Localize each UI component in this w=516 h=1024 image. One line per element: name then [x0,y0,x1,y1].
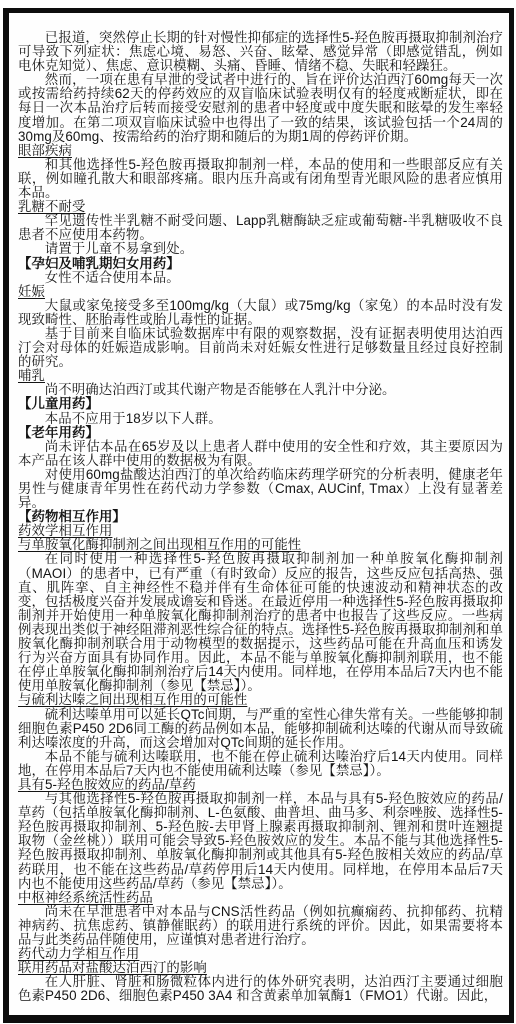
paragraph: 本品不应用于18岁以下人群。 [18,412,503,426]
paragraph: 本品不能与硫利达嗪联用，也不能在停止硫利达嗪治疗后14天内使用。同样地，在停用本… [18,750,503,778]
paragraph: 女性不适合使用本品。 [18,271,503,285]
paragraph: 基于目前来自临床试验数据库中有限的观察数据，没有证据表明使用达泊西汀会对母体的妊… [18,327,503,369]
sub-heading-text: 中枢神经系统活性药品 [18,890,153,905]
sub-heading: 妊娠 [18,285,503,299]
sub-heading-text: 联用药品对盐酸达泊西汀的影响 [18,960,207,975]
paragraph: 在同时使用一种选择性5-羟色胺再摄取抑制剂加一种单胺氧化酶抑制剂（MAOI）的患… [18,552,503,693]
section-heading: 【老年用药】 [18,426,503,440]
paragraph: 请置于儿童不易拿到处。 [18,242,503,256]
sub-heading-text: 哺乳 [18,368,45,383]
paragraph: 罕见遗传性半乳糖不耐受问题、Lapp乳糖酶缺乏症或葡萄糖-半乳糖吸收不良患者不应… [18,214,503,242]
sub-heading-text: 妊娠 [18,284,45,299]
sub-heading: 与硫利达嗪之间出现相互作用的可能性 [18,693,503,707]
section-heading: 【儿童用药】 [18,397,503,411]
paragraph: 与其他选择性5-羟色胺再摄取抑制剂一样，本品与具有5-羟色胺效应的药品/草药（包… [18,792,503,891]
section-heading: 【孕妇及哺乳期妇女用药】 [18,257,503,271]
sub-heading: 具有5-羟色胺效应的药品/草药 [18,778,503,792]
paragraph: 尚未在早泄患者中对本品与CNS活性药品（例如抗癫痫药、抗抑郁药、抗精神病药、抗焦… [18,905,503,947]
paragraph: 已报道，突然停止长期的针对慢性抑郁症的选择性5-羟色胺再摄取抑制剂治疗可导致下列… [18,31,503,73]
sub-heading-text: 乳糖不耐受 [18,199,85,214]
paragraph: 然而，一项在患有早泄的受试者中进行的、旨在评价达泊西汀60mg每天一次或按需给药… [18,73,503,143]
paragraph: 硫利达嗪单用可以延长QTc间期，与严重的室性心律失常有关。一些能够抑制细胞色素P… [18,708,503,750]
sub-heading-text: 具有5-羟色胺效应的药品/草药 [18,777,196,792]
paragraph: 对使用60mg盐酸达泊西汀的单次给药临床药理学研究的分析表明，健康老年男性与健康… [18,468,503,510]
sub-heading: 中枢神经系统活性药品 [18,891,503,905]
paragraph: 和其他选择性5-羟色胺再摄取抑制剂一样，本品的使用和一些眼部反应有关联，例如瞳孔… [18,158,503,200]
document-content: 已报道，突然停止长期的针对慢性抑郁症的选择性5-羟色胺再摄取抑制剂治疗可导致下列… [9,13,509,1015]
leaflet-page-frame: 已报道，突然停止长期的针对慢性抑郁症的选择性5-羟色胺再摄取抑制剂治疗可导致下列… [3,8,514,1023]
paragraph: 大鼠或家兔接受多至100mg/kg（大鼠）或75mg/kg（家兔）的本品时没有发… [18,299,503,327]
sub-heading-text: 药代动力学相互作用 [18,946,139,961]
paragraph: 在人肝脏、肾脏和肠微粒体内进行的体外研究表明，达泊西汀主要通过细胞色素P450 … [18,975,503,1003]
sub-heading-text: 与硫利达嗪之间出现相互作用的可能性 [18,692,247,707]
paragraph: 尚未评估本品在65岁及以上患者人群中使用的安全性和疗效，其主要原因为本产品在该人… [18,440,503,468]
sub-heading-text: 眼部疾病 [18,143,72,158]
sub-heading: 眼部疾病 [18,144,503,158]
